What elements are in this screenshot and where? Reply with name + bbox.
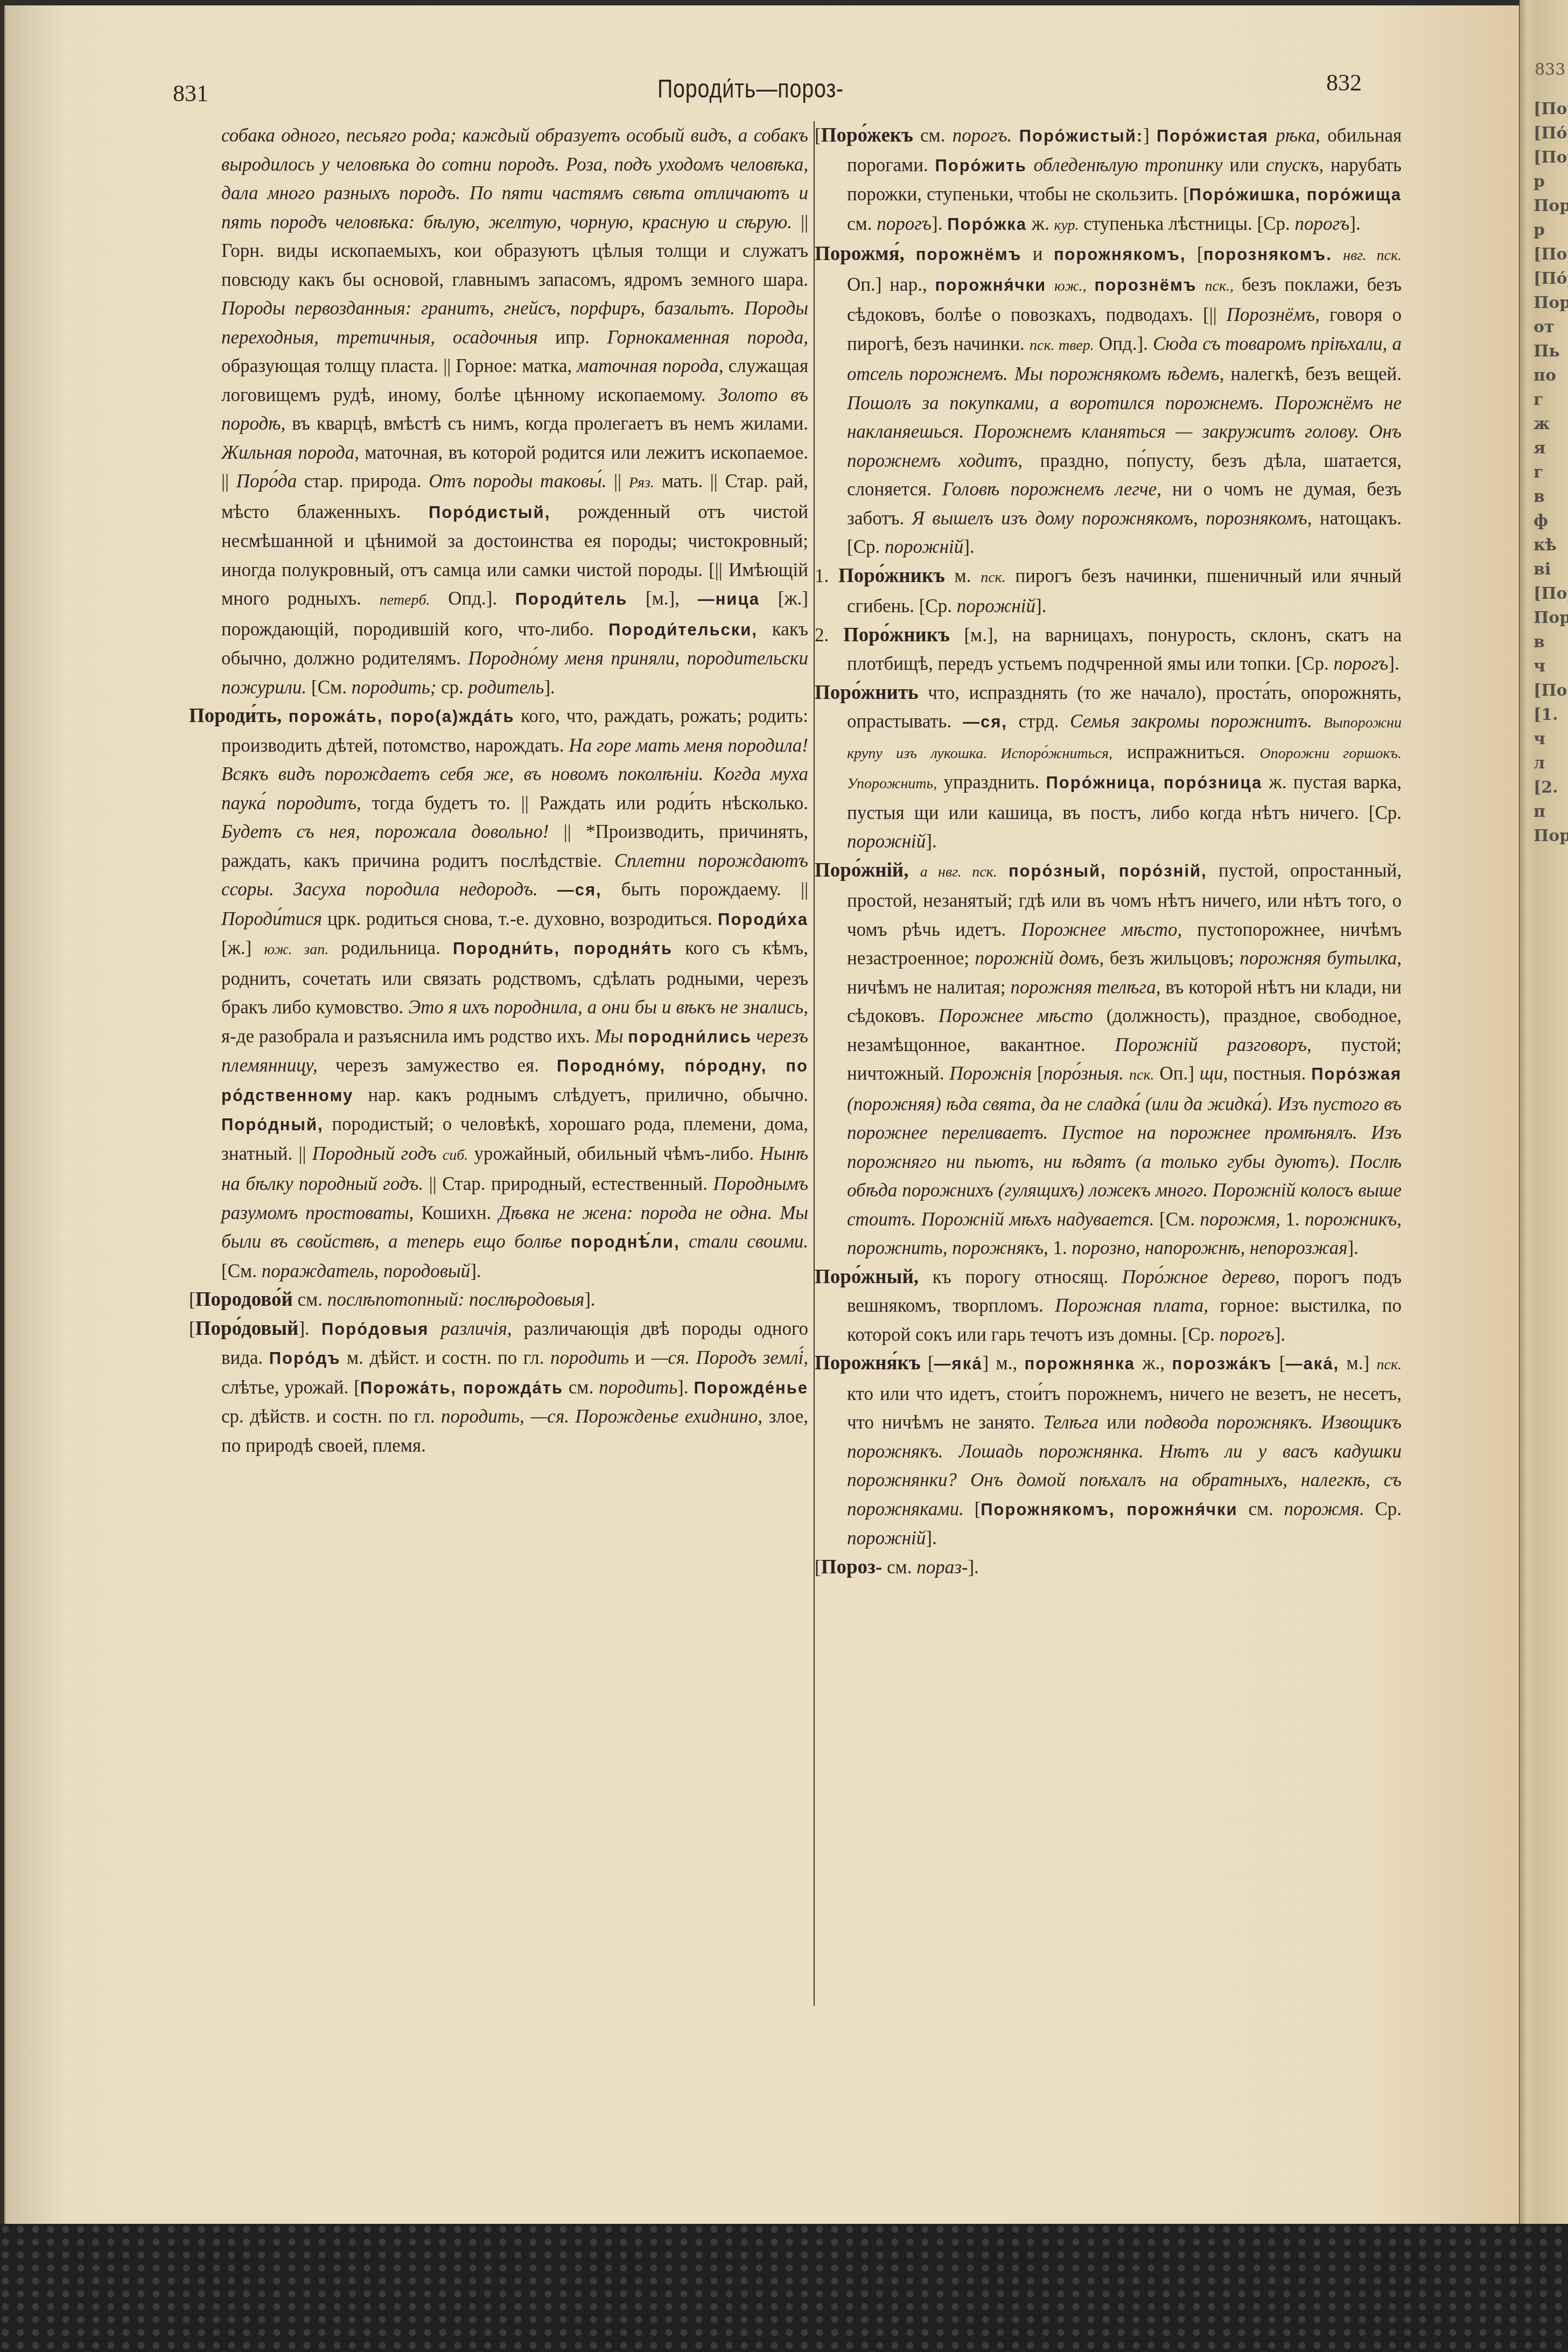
example-text: Мы bbox=[595, 1026, 624, 1047]
example-text: пораз- bbox=[916, 1557, 968, 1578]
next-page-fragment: [1. bbox=[1534, 705, 1558, 724]
example-text: порогъ bbox=[877, 213, 932, 234]
example-text: пск. bbox=[1376, 1356, 1402, 1373]
derived-form: порожнякомъ, bbox=[1054, 245, 1186, 264]
definition-text: [ bbox=[815, 125, 821, 146]
definition-text: [См. bbox=[221, 1261, 262, 1282]
example-text: —ся. Породъ землі́, bbox=[651, 1347, 808, 1368]
derived-form: Поро́зжая bbox=[1311, 1065, 1402, 1083]
definition-text: см. bbox=[293, 1289, 327, 1310]
example-text: породить bbox=[550, 1347, 629, 1368]
definition-text: ]. bbox=[1349, 213, 1360, 234]
next-page-fragment: я bbox=[1534, 439, 1545, 458]
definition-text: см. bbox=[1238, 1499, 1284, 1520]
definition-text: црк. родиться снова, т.-е. духовно, возр… bbox=[322, 908, 718, 929]
definition-text: родильница. bbox=[328, 937, 453, 958]
headword: Поро́жнить bbox=[815, 682, 919, 704]
definition-text: [м.], bbox=[627, 588, 697, 609]
definition-text: налегкѣ, безъ вещей. bbox=[1224, 363, 1402, 384]
definition-text: м.] bbox=[1339, 1353, 1376, 1374]
derived-form: Поро́жишка, поро́жища bbox=[1189, 185, 1402, 204]
example-text: порожняя телѣга, bbox=[1010, 977, 1160, 998]
dictionary-entry: [Породово́й см. послѣпотопный: послѣродо… bbox=[189, 1285, 808, 1314]
definition-text: ] bbox=[1143, 125, 1157, 146]
definition-text: стар. природа. bbox=[297, 471, 429, 492]
example-text: юж. зап. bbox=[264, 941, 328, 958]
example-text: нвг. пск. bbox=[1343, 247, 1402, 264]
next-page-fragment: [Пор bbox=[1534, 148, 1568, 167]
next-page-fragment: [По́р bbox=[1534, 124, 1568, 143]
derived-form: порознёмъ bbox=[1094, 276, 1196, 295]
definition-text: безъ жильцовъ; bbox=[1104, 948, 1240, 969]
definition-text: [ bbox=[189, 1289, 195, 1310]
example-text: послѣпотопный: послѣродовыя bbox=[327, 1289, 584, 1310]
definition-text: м. дѣйст. и состн. по гл. bbox=[341, 1347, 550, 1368]
example-text: Головѣ порожнемъ легче, bbox=[942, 479, 1161, 500]
derived-form: —ся, bbox=[557, 880, 602, 899]
next-page-fragment: кѣ bbox=[1534, 536, 1557, 555]
definition-text: ничѣмъ не налитая; bbox=[847, 977, 1010, 998]
definition-text: ]. bbox=[963, 536, 974, 557]
derived-form: породнѣ́ли, bbox=[571, 1233, 680, 1251]
derived-form: порожнёмъ bbox=[916, 245, 1022, 264]
dictionary-page: 831 Породи́ть—пороз- 832 собака одного, … bbox=[4, 5, 1519, 2224]
derived-form: —яка́ bbox=[934, 1354, 983, 1373]
definition-text: ]. bbox=[298, 1318, 321, 1339]
definition-text: Оп.] нар., bbox=[847, 274, 935, 295]
next-page-fragment: ж bbox=[1534, 415, 1550, 433]
definition-text: ]. bbox=[1035, 596, 1046, 617]
definition-text: упразднить. bbox=[937, 772, 1046, 793]
derived-form: порожа́ть, поро(а)жда́ть bbox=[289, 707, 515, 726]
next-page-fragment: р bbox=[1534, 221, 1545, 240]
definition-text: [ bbox=[189, 1318, 195, 1339]
example-text: Породный годъ bbox=[312, 1143, 437, 1164]
next-page-fragment: г bbox=[1534, 463, 1543, 482]
example-text: Это я ихъ породнила, а они бы и вѣкъ не … bbox=[408, 997, 808, 1018]
definition-text bbox=[562, 1231, 571, 1252]
definition-text: ]. bbox=[584, 1289, 595, 1310]
example-text: спускъ, bbox=[1266, 155, 1324, 176]
definition-text: испражниться. bbox=[1112, 741, 1260, 762]
derived-form: порозжа́къ bbox=[1172, 1354, 1272, 1373]
example-text: порожняя бутылка, bbox=[1240, 948, 1402, 969]
derived-form: Поро́дный, bbox=[221, 1115, 324, 1134]
example-text: маточная порода, bbox=[577, 355, 723, 376]
definition-text: || bbox=[606, 471, 628, 492]
definition-text: [ bbox=[1032, 1063, 1044, 1084]
example-text: порожмя, bbox=[1200, 1209, 1280, 1230]
next-page-fragment: в bbox=[1534, 633, 1545, 652]
definition-text: Опд.]. bbox=[1094, 333, 1153, 354]
derived-form: Поро́жница, поро́зница bbox=[1046, 773, 1263, 792]
example-text: Будетъ съ нея, порожала довольно! bbox=[221, 821, 549, 842]
page-number-left: 831 bbox=[173, 80, 208, 107]
derived-form: Поро́дъ bbox=[269, 1349, 341, 1368]
definition-text bbox=[1312, 711, 1324, 732]
left-column: собака одного, песьяго рода; каждый обра… bbox=[189, 121, 808, 1460]
example-text: а нвг. пск. bbox=[920, 864, 997, 880]
definition-text bbox=[1196, 274, 1205, 295]
next-page-fragment: по bbox=[1534, 366, 1556, 385]
definition-text: [ bbox=[1186, 243, 1203, 264]
next-page-fragment: Пор bbox=[1534, 608, 1568, 627]
definition-text: тогда будетъ то. || Раждать или роди́ть … bbox=[361, 793, 808, 814]
dictionary-entry: Поро́жнить что, испразднять (то же начал… bbox=[815, 678, 1402, 856]
definition-text: ср. дѣйств. и состн. по гл. bbox=[221, 1406, 441, 1427]
example-text: порогъ. bbox=[953, 125, 1012, 146]
definition-text bbox=[437, 1143, 443, 1164]
example-text: Жильная порода, bbox=[221, 442, 359, 463]
example-text: кур. bbox=[1054, 217, 1079, 234]
next-page-fragment: в bbox=[1534, 487, 1545, 506]
next-page-fragment: г bbox=[1534, 390, 1543, 409]
definition-text: и bbox=[1021, 243, 1054, 264]
definition-text: урожайный, обильный чѣмъ-либо. bbox=[468, 1143, 760, 1164]
example-text: Порожнія bbox=[949, 1063, 1032, 1084]
definition-text: и bbox=[629, 1347, 652, 1368]
definition-text: [ж.] bbox=[221, 937, 264, 958]
dictionary-entry: 1. Поро́жникъ м. пск. пирогъ безъ начинк… bbox=[815, 562, 1402, 621]
headword: Поро́жникъ bbox=[838, 565, 945, 587]
definition-text: въ кварцѣ, вмѣстѣ съ нимъ, когда пролега… bbox=[285, 413, 808, 434]
definition-text: см. bbox=[563, 1377, 599, 1398]
derived-form: —ница bbox=[698, 590, 760, 608]
derived-form: Порожнякомъ, порожня́чки bbox=[981, 1500, 1237, 1519]
entry-continuation: собака одного, песьяго рода; каждый обра… bbox=[189, 121, 808, 702]
definition-text: [См. bbox=[306, 677, 351, 698]
definition-text: ]. bbox=[1275, 1324, 1285, 1345]
example-text: порожній bbox=[847, 831, 926, 852]
definition-text: ж. bbox=[1027, 213, 1054, 234]
definition-text: [ bbox=[921, 1353, 934, 1374]
example-text: Ряз. bbox=[629, 474, 654, 491]
next-page-fragment: [По bbox=[1534, 681, 1567, 700]
example-text: порогъ bbox=[1294, 213, 1349, 234]
headword: Поро́жный, bbox=[815, 1266, 919, 1288]
definition-text: [ bbox=[964, 1499, 981, 1520]
definition-text: я-де разобрала и разъяснила имъ родство … bbox=[221, 1026, 595, 1047]
example-text: Породи́тися bbox=[221, 908, 322, 929]
example-text: рѣка, bbox=[1276, 125, 1320, 146]
definition-text: Ср. bbox=[1364, 1499, 1402, 1520]
next-page-fragment: ф bbox=[1534, 512, 1548, 530]
derived-form: —ся, bbox=[963, 712, 1007, 731]
definition-text bbox=[1086, 274, 1094, 295]
definition-text: см. bbox=[847, 213, 877, 234]
example-text: родитель bbox=[468, 677, 544, 698]
page-header: 831 Породи́ть—пороз- 832 bbox=[6, 69, 1519, 112]
definition-text: или bbox=[1098, 1412, 1144, 1433]
dictionary-entry: [Поро́довый]. Поро́довыя различія, разли… bbox=[189, 1314, 808, 1460]
running-title: Породи́ть—пороз- bbox=[657, 74, 844, 104]
example-text: сиб. bbox=[443, 1147, 468, 1164]
headword: Пороз- bbox=[821, 1556, 883, 1578]
next-page-number: 833 bbox=[1535, 60, 1565, 79]
example-text: породить, —ся. Порожденье ехиднино, bbox=[441, 1406, 762, 1427]
right-column: [Поро́жекъ см. порогъ. Поро́жистый:] Пор… bbox=[815, 121, 1402, 1581]
next-page-fragment: [Пор bbox=[1534, 245, 1568, 264]
definition-text: постныя. bbox=[1228, 1063, 1311, 1084]
definition-text: или bbox=[1223, 155, 1266, 176]
headword: Поро́жникъ bbox=[843, 624, 950, 646]
dictionary-entry: Породи́ть, порожа́ть, поро(а)жда́ть кого… bbox=[189, 702, 808, 1285]
example-text: Семья закромы порожнитъ. bbox=[1070, 711, 1312, 732]
dictionary-entry: Порожня́къ [—яка́] м., порожнянка ж., по… bbox=[815, 1349, 1402, 1553]
definition-text: нар. какъ роднымъ слѣдуетъ, прилично, об… bbox=[353, 1084, 808, 1105]
definition-text bbox=[538, 879, 557, 900]
definition-text: ]. bbox=[1347, 1237, 1358, 1258]
example-text: различія, bbox=[441, 1318, 512, 1339]
example-text: пск. bbox=[981, 569, 1006, 586]
example-text: щи, bbox=[1200, 1063, 1228, 1084]
derived-form: Породи́тельски, bbox=[608, 620, 758, 639]
headword: Поро́жекъ bbox=[821, 124, 913, 146]
definition-text: [См. bbox=[1154, 1209, 1200, 1230]
example-text: собака одного, песьяго рода; каждый обра… bbox=[221, 125, 808, 233]
definition-text: ]. bbox=[677, 1377, 694, 1398]
next-page-fragment: [2. bbox=[1534, 778, 1558, 797]
next-page-fragment: п bbox=[1534, 802, 1545, 821]
next-page-edge: 833 [Поро[По́р[ПоррПорр[Пор[По́рПоро́отП… bbox=[1520, 0, 1568, 2352]
definition-text: ]. bbox=[968, 1557, 978, 1578]
example-text: Я вышелъ изъ дому порожнякомъ, порозняко… bbox=[912, 508, 1312, 529]
example-text: Поро́жное дерево, bbox=[1122, 1266, 1280, 1287]
dictionary-entry: 2. Поро́жникъ [м.], на варницахъ, понуро… bbox=[815, 621, 1402, 678]
definition-text: Оп.] bbox=[1154, 1063, 1199, 1084]
next-page-fragment: Пор bbox=[1534, 197, 1568, 215]
page-number-right: 832 bbox=[1326, 69, 1362, 96]
definition-text: Опд.]. bbox=[430, 588, 515, 609]
definition-text: ступенька лѣстницы. [Ср. bbox=[1079, 213, 1295, 234]
definition-text bbox=[1046, 274, 1054, 295]
definition-text: ]. bbox=[926, 831, 936, 852]
derived-form: порожня́чки bbox=[935, 276, 1046, 295]
example-text: обледенѣлую тропинку bbox=[1033, 155, 1222, 176]
definition-text: см. bbox=[913, 125, 953, 146]
definition-text: ]. bbox=[470, 1261, 481, 1282]
dictionary-entry: [Поро́жекъ см. порогъ. Поро́жистый:] Пор… bbox=[815, 121, 1402, 240]
next-page-fragment: ві bbox=[1534, 560, 1551, 579]
example-text: Поро́да bbox=[236, 471, 297, 492]
example-text: порожній домъ, bbox=[975, 948, 1104, 969]
derived-form: Породи́тель bbox=[515, 590, 628, 608]
next-page-fragment: [Пор bbox=[1534, 584, 1568, 603]
definition-text bbox=[908, 860, 920, 881]
example-text: Порожная плата, bbox=[1055, 1295, 1208, 1316]
derived-form: порожнянка bbox=[1025, 1354, 1135, 1373]
next-page-fragment: [По́р bbox=[1534, 269, 1568, 288]
definition-text: образующая толщу пласта. || Горное: матк… bbox=[221, 355, 577, 376]
example-text: порогъ bbox=[1333, 653, 1388, 674]
definition-text bbox=[752, 1026, 757, 1047]
next-page-fragment: ч bbox=[1534, 730, 1545, 748]
example-text: Порожнее мѣсто, bbox=[1021, 919, 1182, 940]
definition-text: Кошихн. bbox=[414, 1202, 499, 1223]
example-text: порогъ bbox=[1220, 1324, 1275, 1345]
definition-text: ]. bbox=[926, 1528, 936, 1549]
example-text: пск. bbox=[1129, 1067, 1154, 1083]
derived-form: Порожа́ть, порожда́ть bbox=[360, 1378, 563, 1397]
derived-form: Поро́жистый: bbox=[1019, 127, 1143, 145]
definition-text: къ порогу относящ. bbox=[919, 1266, 1122, 1287]
definition-text: черезъ замужество ея. bbox=[318, 1055, 557, 1076]
example-text: пораждатель, породовый bbox=[262, 1261, 471, 1282]
definition-text: 2. bbox=[815, 625, 843, 646]
definition-text: 1. bbox=[1048, 1237, 1072, 1258]
next-page-fragment: Пь bbox=[1534, 342, 1560, 361]
next-page-fragment: [Поро bbox=[1534, 100, 1568, 118]
example-text: стали своими. bbox=[689, 1231, 808, 1252]
definition-text: 1. bbox=[815, 565, 838, 586]
example-text: порозно, напорожнѣ, непорозжая bbox=[1072, 1237, 1348, 1258]
definition-text bbox=[680, 1231, 689, 1252]
next-page-fragment: л bbox=[1534, 754, 1545, 773]
derived-form: поро́зный, поро́зній, bbox=[1009, 862, 1207, 880]
headword: Породи́ть, bbox=[189, 705, 289, 727]
definition-text bbox=[997, 860, 1009, 881]
example-text: пск. твер. bbox=[1030, 337, 1094, 354]
definition-text: быть порождаему. || bbox=[602, 879, 808, 900]
example-text: порожній bbox=[957, 596, 1035, 617]
example-text: петерб. bbox=[380, 592, 430, 608]
definition-text: [ bbox=[815, 1557, 821, 1578]
next-page-fragment: ч bbox=[1534, 657, 1545, 676]
example-text: поро́зныя. bbox=[1044, 1063, 1124, 1084]
dictionary-entry: Поро́жній, а нвг. пск. поро́зный, поро́з… bbox=[815, 856, 1402, 1263]
dictionary-entry: Порожмя́, порожнёмъ и порожнякомъ, [поро… bbox=[815, 240, 1402, 562]
example-text: Телѣга bbox=[1043, 1412, 1098, 1433]
next-page-fragment: Пор bbox=[1534, 827, 1568, 845]
derived-form: Поро́дистый, bbox=[429, 503, 550, 522]
example-text: пск., bbox=[1205, 278, 1234, 295]
definition-text bbox=[1269, 125, 1276, 146]
next-page-fragment: Поро́ bbox=[1534, 293, 1568, 312]
background-mat bbox=[0, 2224, 1568, 2352]
example-text: порожній bbox=[885, 536, 963, 557]
derived-form: Поро́жистая bbox=[1157, 127, 1269, 145]
definition-text: ]. bbox=[544, 677, 555, 698]
definition-text: 1. bbox=[1280, 1209, 1305, 1230]
definition-text bbox=[429, 1318, 440, 1339]
headword: Поро́жній, bbox=[815, 859, 908, 881]
next-page-fragment: от bbox=[1534, 318, 1555, 337]
definition-text bbox=[1332, 243, 1343, 264]
example-text: породить bbox=[599, 1377, 677, 1398]
derived-form: породни́лись bbox=[628, 1027, 752, 1046]
definition-text: || Стар. природный, естественный. bbox=[423, 1173, 713, 1194]
example-text: Горнокаменная порода, bbox=[607, 327, 808, 348]
definition-text: м. bbox=[945, 565, 981, 586]
definition-text: [ bbox=[1272, 1353, 1285, 1374]
definition-text: ]. bbox=[1388, 653, 1399, 674]
definition-text bbox=[1027, 155, 1034, 176]
derived-form: Порожде́нье bbox=[694, 1378, 808, 1397]
example-text: порожній bbox=[847, 1528, 926, 1549]
derived-form: —ака́, bbox=[1285, 1354, 1339, 1373]
definition-text: ]. bbox=[932, 213, 947, 234]
definition-text: ипр. bbox=[538, 327, 607, 348]
derived-form: Поро́довыя bbox=[321, 1320, 429, 1339]
example-text: Отъ породы таковы́. bbox=[429, 471, 606, 492]
headword: Породово́й bbox=[195, 1289, 293, 1311]
definition-text: ] м., bbox=[982, 1353, 1024, 1374]
derived-form: Поро́жить bbox=[935, 156, 1026, 175]
example-text: породить; bbox=[352, 677, 437, 698]
example-text: Порожній разговоръ, bbox=[1115, 1034, 1311, 1055]
definition-text: стрд. bbox=[1007, 711, 1070, 732]
definition-text bbox=[1012, 125, 1019, 146]
definition-text: слѣтье, урожай. [ bbox=[221, 1377, 360, 1398]
derived-form: порознякомъ. bbox=[1203, 245, 1332, 264]
example-text: юж., bbox=[1054, 278, 1086, 295]
derived-form: Породни́ть, породня́ть bbox=[453, 939, 673, 958]
example-text: Порознёмъ, bbox=[1227, 304, 1320, 325]
example-text: Порожнее мѣсто bbox=[939, 1005, 1093, 1026]
definition-text: см. bbox=[882, 1557, 916, 1578]
definition-text bbox=[1124, 1063, 1129, 1084]
next-page-fragment: р bbox=[1534, 172, 1545, 191]
headword: Порожня́къ bbox=[815, 1352, 921, 1374]
derived-form: Поро́жка bbox=[947, 215, 1027, 234]
definition-text: ср. bbox=[436, 677, 468, 698]
dictionary-entry: [Пороз- см. пораз-]. bbox=[815, 1553, 1402, 1582]
definition-text: ж., bbox=[1135, 1353, 1172, 1374]
example-text: порожмя. bbox=[1284, 1499, 1364, 1520]
headword: Порожмя́, bbox=[815, 243, 916, 265]
derived-form: Породи́ха bbox=[718, 910, 808, 929]
dictionary-entry: Поро́жный, къ порогу относящ. Поро́жное … bbox=[815, 1263, 1402, 1349]
headword: Поро́довый bbox=[195, 1318, 299, 1340]
